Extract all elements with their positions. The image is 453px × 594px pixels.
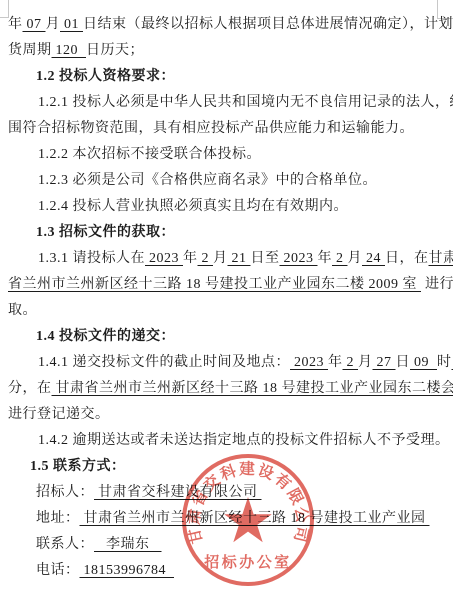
text-line: 1.2.3 必须是公司《合格供应商名录》中的合格单位。 (8, 168, 445, 194)
text-line: 货周期 120 日历天； (8, 38, 445, 64)
underlined-field: 甘肃省兰州市兰州新区经十三路 18 号建投工业产业园 (80, 511, 430, 526)
text-segment: 日历天； (86, 43, 144, 58)
text-line: 分，在 甘肃省兰州市兰州新区经十三路 18 号建投工业产业园东二楼会议室 (8, 376, 445, 402)
text-segment: 日 (396, 355, 411, 370)
underlined-field: 18153996784 (80, 563, 175, 578)
text-line: 取。 (8, 298, 445, 324)
text-line: 围符合招标物资范围，具有相应投标产品供应能力和运输能力。 (8, 116, 445, 142)
text-segment: 分，在 (8, 381, 52, 396)
text-line: 进行登记递交。 (8, 402, 445, 428)
text-segment: 年 (183, 251, 198, 266)
text-segment: 日结束（最终以招标人根据项目总体进展情况确定），计划供 (83, 17, 453, 32)
underlined-field: 07 (23, 17, 46, 32)
body-text: 年 07 月 01 日结束（最终以招标人根据项目总体进展情况确定），计划供货周期… (0, 0, 453, 584)
text-segment: 1.4.2 逾期送达或者未送达指定地点的投标文件招标人不予受理。 (38, 433, 450, 448)
underlined-field: 2023 (280, 251, 318, 266)
text-segment: 地址： (36, 511, 80, 526)
text-segment: 1.2 投标人资格要求： (36, 69, 175, 84)
text-line: 电话： 18153996784 (8, 558, 445, 584)
text-segment: 时 (437, 355, 452, 370)
underlined-field: 李瑞东 (94, 537, 162, 552)
text-segment: 年 (318, 251, 333, 266)
text-segment: 1.3 招标文件的获取： (36, 225, 175, 240)
underlined-field: 2 (332, 251, 348, 266)
text-segment: 月 (348, 251, 363, 266)
text-segment: 日，在 (385, 251, 429, 266)
text-line: 1.2.1 投标人必须是中华人民共和国境内无不良信用记录的法人，经营范 (8, 90, 445, 116)
underlined-field: 21 (228, 251, 251, 266)
text-segment: 1.2.2 本次招标不接受联合体投标。 (38, 147, 261, 162)
text-segment: 围符合招标物资范围，具有相应投标产品供应能力和运输能力。 (8, 121, 414, 136)
text-segment: 1.2.1 投标人必须是中华人民共和国境内无不良信用记录的法人，经营范 (38, 95, 453, 110)
text-line: 1.4 投标文件的递交： (8, 324, 445, 350)
underlined-field: 2 (198, 251, 214, 266)
text-line: 省兰州市兰州新区经十三路 18 号建投工业产业园东二楼 2009 室 进行登记获 (8, 272, 445, 298)
text-segment: 年 (8, 17, 23, 32)
text-line: 年 07 月 01 日结束（最终以招标人根据项目总体进展情况确定），计划供 (8, 12, 445, 38)
text-segment: 月 (213, 251, 228, 266)
underlined-field: 甘肃 (429, 251, 453, 266)
text-segment: 1.2.4 投标人营业执照必须真实且均在有效期内。 (38, 199, 348, 214)
text-line: 地址： 甘肃省兰州市兰州新区经十三路 18 号建投工业产业园 (8, 506, 445, 532)
text-segment: 1.4.1 递交投标文件的截止时间及地点： (38, 355, 290, 370)
text-segment: 1.5 联系方式： (30, 459, 126, 474)
text-segment: 招标人： (36, 485, 94, 500)
underlined-field: 2023 (145, 251, 183, 266)
text-line: 1.2.4 投标人营业执照必须真实且均在有效期内。 (8, 194, 445, 220)
text-line: 1.2 投标人资格要求： (8, 64, 445, 90)
text-line: 1.3 招标文件的获取： (8, 220, 445, 246)
text-segment: 年 (328, 355, 343, 370)
underlined-field: 甘肃省兰州市兰州新区经十三路 18 号建投工业产业园东二楼会议室 (52, 381, 453, 396)
text-line: 招标人： 甘肃省交科建设有限公司 (8, 480, 445, 506)
underlined-field: 甘肃省交科建设有限公司 (94, 485, 262, 500)
text-segment: 进行登记递交。 (8, 407, 110, 422)
document-page: 年 07 月 01 日结束（最终以招标人根据项目总体进展情况确定），计划供货周期… (0, 0, 453, 594)
text-segment: 货周期 (8, 43, 52, 58)
text-segment: 1.2.3 必须是公司《合格供应商名录》中的合格单位。 (38, 173, 377, 188)
underlined-field: 27 (373, 355, 396, 370)
text-line: 1.5 联系方式： (8, 454, 445, 480)
text-segment: 日至 (251, 251, 280, 266)
text-segment: 联系人： (36, 537, 94, 552)
text-line: 1.2.2 本次招标不接受联合体投标。 (8, 142, 445, 168)
text-segment: 月 (358, 355, 373, 370)
underlined-field: 120 (52, 43, 87, 58)
text-segment: 进行登记获 (421, 277, 453, 292)
text-segment: 月 (46, 17, 61, 32)
text-segment: 1.4 投标文件的递交： (36, 329, 175, 344)
text-line: 1.4.1 递交投标文件的截止时间及地点： 2023 年 2 月 27 日 09… (8, 350, 445, 376)
underlined-field: 01 (60, 17, 83, 32)
underlined-field: 2023 (290, 355, 328, 370)
underlined-field: 24 (362, 251, 385, 266)
underlined-field: 省兰州市兰州新区经十三路 18 号建投工业产业园东二楼 2009 室 (8, 277, 421, 292)
text-segment: 取。 (8, 303, 37, 318)
underlined-field: 09 (410, 355, 437, 370)
underlined-field: 2 (343, 355, 359, 370)
text-line: 1.4.2 逾期送达或者未送达指定地点的投标文件招标人不予受理。 (8, 428, 445, 454)
text-segment: 1.3.1 请投标人在 (38, 251, 145, 266)
text-line: 1.3.1 请投标人在 2023 年 2 月 21 日至 2023 年 2 月 … (8, 246, 445, 272)
text-segment: 电话： (36, 563, 80, 578)
text-line: 联系人： 李瑞东 (8, 532, 445, 558)
